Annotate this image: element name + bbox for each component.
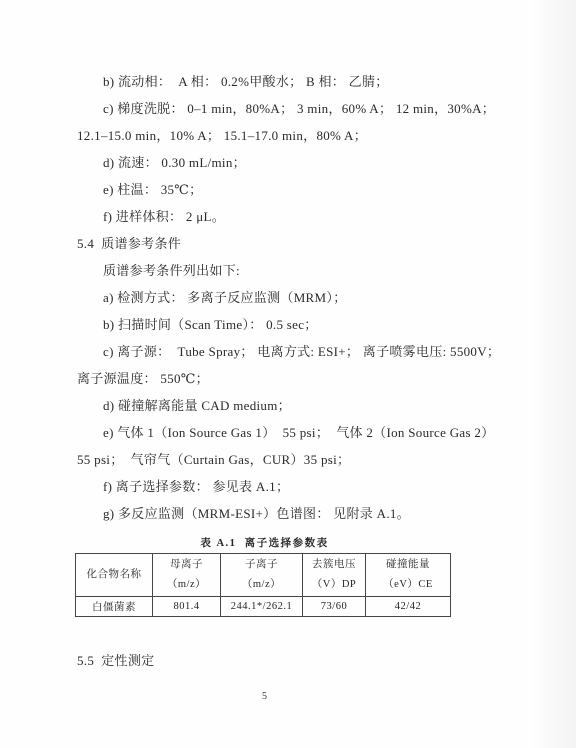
col-header-label: 子离子: [221, 555, 302, 575]
col-header-declustering-potential: 去簇电压 （V）DP: [303, 554, 366, 597]
text-line: g) 多反应监测（MRM-ESI+）色谱图： 见附录 A.1。: [77, 500, 453, 527]
col-header-compound: 化合物名称: [76, 554, 153, 597]
col-header-unit: （eV）CE: [366, 575, 450, 595]
table-header-row: 化合物名称 母离子 （m/z） 子离子 （m/z） 去簇电压 （V）DP: [76, 554, 451, 597]
col-header-collision-energy: 碰撞能量 （eV）CE: [366, 554, 451, 597]
page-content: b) 流动相： A 相： 0.2%甲酸水； B 相： 乙腈； c) 梯度洗脱： …: [77, 68, 453, 704]
text-line: b) 扫描时间（Scan Time）： 0.5 sec；: [77, 311, 453, 338]
col-header-label: 去簇电压: [303, 555, 365, 575]
col-header-label: 化合物名称: [76, 565, 152, 585]
table-row: 白僵菌素 801.4 244.1*/262.1 73/60 42/42: [76, 597, 451, 617]
page-number: 5: [77, 690, 452, 704]
col-header-product-ion: 子离子 （m/z）: [221, 554, 303, 597]
text-line: 质谱参考条件列出如下:: [77, 257, 453, 284]
text-line: d) 碰撞解离能量 CAD medium；: [77, 392, 453, 419]
cell-compound: 白僵菌素: [76, 597, 153, 617]
cell-declustering-potential: 73/60: [303, 597, 366, 617]
col-header-label: 母离子: [153, 555, 220, 575]
document-page: b) 流动相： A 相： 0.2%甲酸水； B 相： 乙腈； c) 梯度洗脱： …: [0, 0, 576, 748]
text-line: 55 psi； 气帘气（Curtain Gas，CUR）35 psi；: [77, 446, 453, 473]
col-header-unit: （m/z）: [221, 575, 302, 595]
text-line: 离子源温度： 550℃；: [77, 365, 453, 392]
cell-collision-energy: 42/42: [366, 597, 451, 617]
text-line: d) 流速： 0.30 mL/min；: [77, 149, 453, 176]
text-line: e) 气体 1（Ion Source Gas 1） 55 psi； 气体 2（I…: [77, 419, 453, 446]
col-header-label: 碰撞能量: [366, 555, 450, 575]
text-line: f) 离子选择参数： 参见表 A.1；: [77, 473, 453, 500]
col-header-unit: （m/z）: [153, 575, 220, 595]
col-header-unit: （V）DP: [303, 575, 365, 595]
text-line: e) 柱温： 35℃；: [77, 176, 453, 203]
cell-parent-ion: 801.4: [153, 597, 221, 617]
text-line: c) 离子源： Tube Spray； 电离方式: ESI+； 离子喷雾电压: …: [77, 338, 453, 365]
cell-product-ion: 244.1*/262.1: [221, 597, 303, 617]
section-heading-5-5: 5.5 定性测定: [77, 647, 453, 674]
section-heading-5-4: 5.4 质谱参考条件: [77, 230, 453, 257]
text-line: c) 梯度洗脱： 0–1 min，80%A； 3 min，60% A； 12 m…: [77, 95, 453, 122]
text-line: b) 流动相： A 相： 0.2%甲酸水； B 相： 乙腈；: [77, 68, 453, 95]
text-line: f) 进样体积： 2 μL。: [77, 203, 453, 230]
table-caption: 表 A.1 离子选择参数表: [77, 535, 452, 550]
scan-edge-shadow: [530, 0, 576, 748]
col-header-parent-ion: 母离子 （m/z）: [153, 554, 221, 597]
text-line: a) 检测方式： 多离子反应监测（MRM）；: [77, 284, 453, 311]
text-line: 12.1–15.0 min，10% A； 15.1–17.0 min，80% A…: [77, 122, 453, 149]
ion-selection-parameters-table: 化合物名称 母离子 （m/z） 子离子 （m/z） 去簇电压 （V）DP: [75, 553, 451, 617]
